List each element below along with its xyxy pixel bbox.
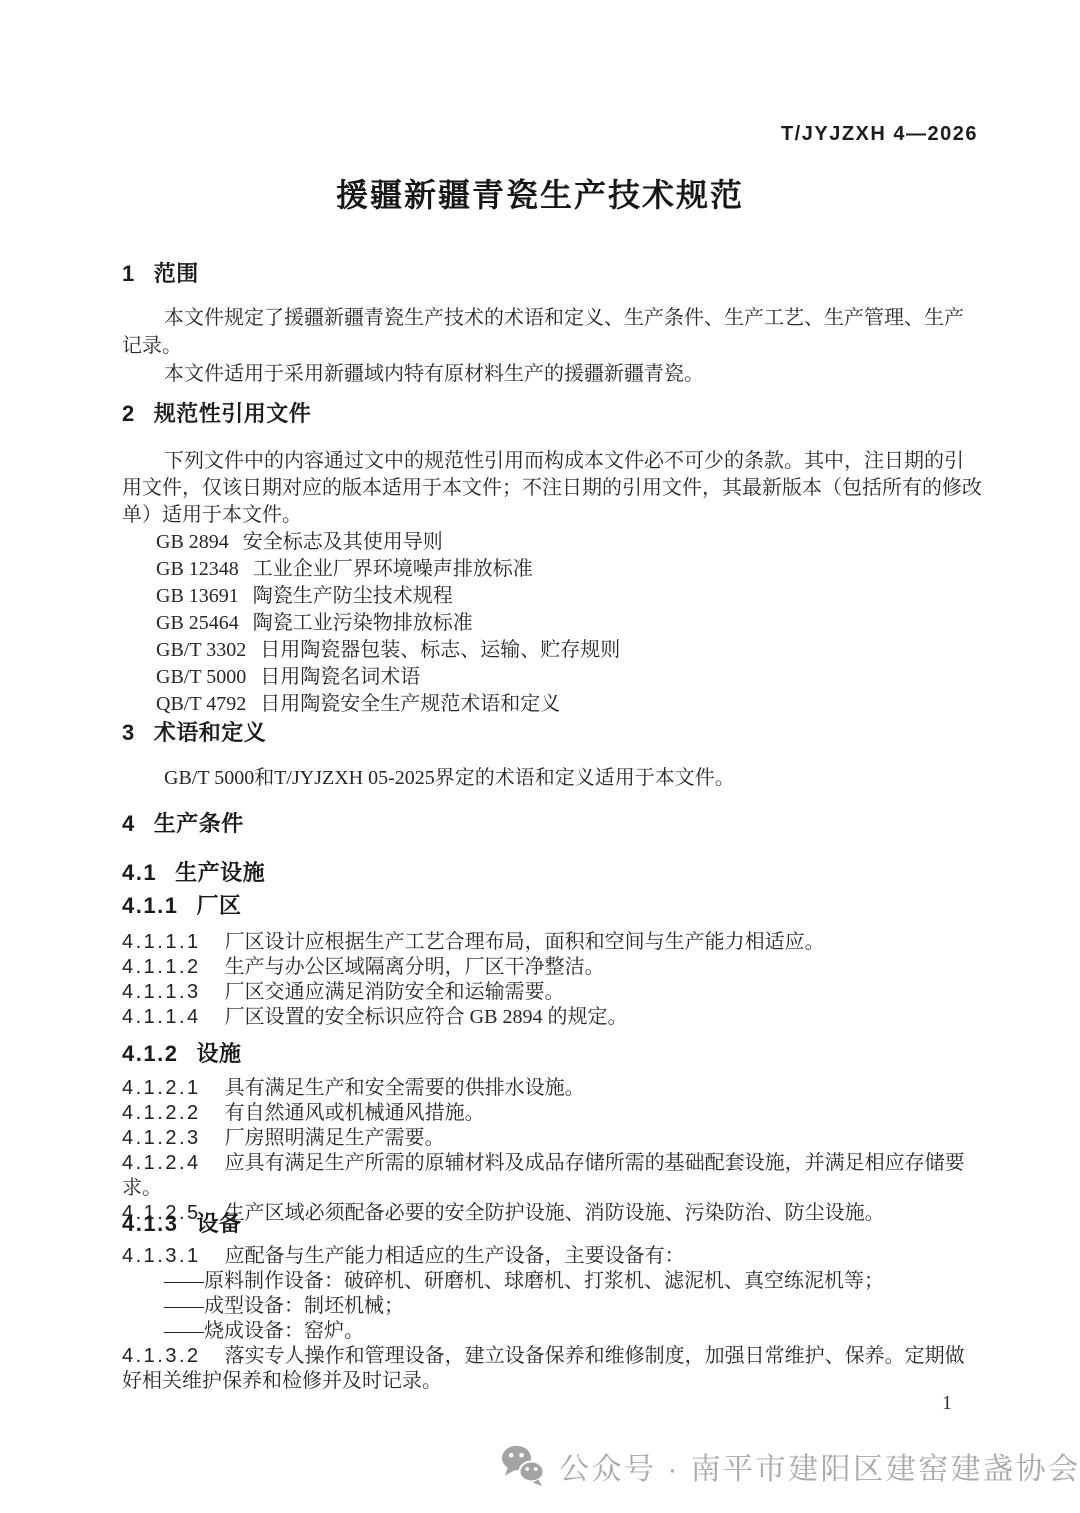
reference-item: GB 12348工业企业厂界环境噪声排放标准 [156, 556, 982, 583]
scope-paragraph: 本文件规定了援疆新疆青瓷生产技术的术语和定义、生产条件、生产工艺、生产管理、生产… [122, 304, 982, 360]
reference-code: GB 2894 [156, 531, 229, 553]
clause-text: 落实专人操作和管理设备，建立设备保养和维修制度，加强日常维护、保养。定期做好相关… [122, 1345, 965, 1392]
clause-list: 4.1.2.1具有满足生产和安全需要的供排水设施。 4.1.2.2有自然通风或机… [122, 1076, 982, 1226]
section-title: 范围 [154, 261, 199, 286]
section-number: 4 [122, 811, 136, 837]
equipment-list-item: ——烧成设备：窑炉。 [164, 1319, 982, 1344]
clause: 4.1.2.1具有满足生产和安全需要的供排水设施。 [122, 1076, 982, 1101]
section-refs-heading: 2规范性引用文件 [122, 401, 982, 427]
section-equipment-heading: 4.1.3设备 [122, 1211, 982, 1237]
reference-code: GB/T 5000 [156, 666, 246, 688]
section-equipment: 4.1.3设备 4.1.3.1应配备与生产能力相适应的生产设备，主要设备有： —… [122, 1211, 982, 1394]
document-page: T/JYJZXH 4—2026 援疆新疆青瓷生产技术规范 1范围 本文件规定了援… [0, 0, 1080, 1513]
section-title: 生产设施 [175, 860, 265, 885]
clause-text: 厂区设置的安全标识应符合 GB 2894 的规定。 [225, 1006, 628, 1028]
section-terms-heading: 3术语和定义 [122, 720, 982, 746]
section-normative-references: 2规范性引用文件 下列文件中的内容通过文中的规范性引用而构成本文件必不可少的条款… [122, 401, 982, 718]
clause: 4.1.2.3厂房照明满足生产需要。 [122, 1126, 982, 1151]
section-terms: 3术语和定义 GB/T 5000和T/JYJZXH 05-2025界定的术语和定… [122, 720, 982, 792]
section-production-conditions: 4生产条件 [122, 811, 982, 837]
clause-text: 厂区设计应根据生产工艺合理布局，面积和空间与生产能力相适应。 [225, 931, 825, 953]
section-infrastructure: 4.1.2设施 4.1.2.1具有满足生产和安全需要的供排水设施。 4.1.2.… [122, 1041, 982, 1226]
clause-text: 具有满足生产和安全需要的供排水设施。 [225, 1077, 585, 1099]
section-number: 4.1.1 [122, 893, 178, 919]
section-plant-heading: 4.1.1厂区 [122, 893, 982, 919]
reference-item: GB/T 3302日用陶瓷器包装、标志、运输、贮存规则 [156, 637, 982, 664]
section-facilities: 4.1生产设施 [122, 860, 982, 886]
watermark: 公众号 · 南平市建阳区建窑建盏协会 [500, 1444, 1080, 1488]
reference-code: GB 13691 [156, 585, 239, 607]
section-title: 设施 [196, 1041, 241, 1066]
clause-text: 厂区交通应满足消防安全和运输需要。 [225, 981, 565, 1003]
clause-number: 4.1.2.4 [122, 1152, 201, 1174]
equipment-list-item: ——原料制作设备：破碎机、研磨机、球磨机、打浆机、滤泥机、真空练泥机等； [164, 1269, 982, 1294]
clause-list: 4.1.1.1厂区设计应根据生产工艺合理布局，面积和空间与生产能力相适应。 4.… [122, 930, 982, 1030]
clause-text: 生产与办公区域隔离分明，厂区干净整洁。 [225, 956, 605, 978]
clause-number: 4.1.2.2 [122, 1102, 201, 1124]
doc-code: T/JYJZXH 4—2026 [781, 123, 978, 146]
clause: 4.1.3.1应配备与生产能力相适应的生产设备，主要设备有： [122, 1244, 982, 1269]
refs-intro-paragraph: 下列文件中的内容通过文中的规范性引用而构成本文件必不可少的条款。其中，注日期的引… [122, 448, 982, 529]
clause-number: 4.1.1.3 [122, 981, 201, 1003]
clause-number: 4.1.1.2 [122, 956, 201, 978]
section-facilities-heading: 4.1生产设施 [122, 860, 982, 886]
reference-list: GB 2894安全标志及其使用导则 GB 12348工业企业厂界环境噪声排放标准… [122, 529, 982, 718]
section-number: 3 [122, 720, 136, 746]
clause: 4.1.1.4厂区设置的安全标识应符合 GB 2894 的规定。 [122, 1005, 982, 1030]
section-scope-heading: 1范围 [122, 261, 982, 287]
reference-title: 日用陶瓷名词术语 [260, 666, 420, 688]
equipment-list-item: ——成型设备：制坯机械； [164, 1294, 982, 1319]
reference-title: 日用陶瓷安全生产规范术语和定义 [260, 693, 560, 715]
reference-title: 日用陶瓷器包装、标志、运输、贮存规则 [260, 639, 620, 661]
clause-text: 有自然通风或机械通风措施。 [225, 1102, 485, 1124]
section-title: 设备 [196, 1211, 241, 1236]
terms-paragraph: GB/T 5000和T/JYJZXH 05-2025界定的术语和定义适用于本文件… [122, 765, 982, 792]
clause-number: 4.1.2.3 [122, 1127, 201, 1149]
doc-title: 援疆新疆青瓷生产技术规范 [0, 170, 1080, 216]
clause-text: 厂房照明满足生产需要。 [225, 1127, 445, 1149]
clause: 4.1.3.2落实专人操作和管理设备，建立设备保养和维修制度，加强日常维护、保养… [122, 1344, 982, 1394]
reference-item: GB 2894安全标志及其使用导则 [156, 529, 982, 556]
reference-item: GB/T 5000日用陶瓷名词术语 [156, 664, 982, 691]
section-title: 规范性引用文件 [154, 401, 312, 426]
section-scope: 1范围 本文件规定了援疆新疆青瓷生产技术的术语和定义、生产条件、生产工艺、生产管… [122, 261, 982, 388]
clause: 4.1.1.1厂区设计应根据生产工艺合理布局，面积和空间与生产能力相适应。 [122, 930, 982, 955]
section-title: 术语和定义 [154, 720, 267, 745]
clause-text: 应配备与生产能力相适应的生产设备，主要设备有： [225, 1245, 685, 1267]
clause-text: 应具有满足生产所需的原辅材料及成品存储所需的基础配套设施，并满足相应存储要求。 [122, 1152, 965, 1199]
reference-title: 安全标志及其使用导则 [243, 531, 443, 553]
clause: 4.1.1.3厂区交通应满足消防安全和运输需要。 [122, 980, 982, 1005]
section-number: 4.1.2 [122, 1041, 178, 1067]
reference-item: QB/T 4792日用陶瓷安全生产规范术语和定义 [156, 691, 982, 718]
clause-number: 4.1.1.4 [122, 1006, 201, 1028]
reference-title: 陶瓷工业污染物排放标准 [253, 612, 473, 634]
clause: 4.1.2.2有自然通风或机械通风措施。 [122, 1101, 982, 1126]
reference-title: 工业企业厂界环境噪声排放标准 [253, 558, 533, 580]
section-number: 1 [122, 261, 136, 287]
clause-number: 4.1.3.2 [122, 1345, 201, 1367]
reference-item: GB 13691陶瓷生产防尘技术规程 [156, 583, 982, 610]
section-number: 4.1 [122, 860, 157, 886]
section-plant-area: 4.1.1厂区 4.1.1.1厂区设计应根据生产工艺合理布局，面积和空间与生产能… [122, 893, 982, 1030]
watermark-text: 公众号 · 南平市建阳区建窑建盏协会 [559, 1444, 1080, 1488]
reference-code: GB/T 3302 [156, 639, 246, 661]
reference-item: GB 25464陶瓷工业污染物排放标准 [156, 610, 982, 637]
clause-list: 4.1.3.1应配备与生产能力相适应的生产设备，主要设备有： ——原料制作设备：… [122, 1244, 982, 1394]
reference-code: GB 12348 [156, 558, 239, 580]
wechat-icon [500, 1445, 546, 1487]
clause: 4.1.1.2生产与办公区域隔离分明，厂区干净整洁。 [122, 955, 982, 980]
clause-number: 4.1.1.1 [122, 931, 201, 953]
scope-paragraph: 本文件适用于采用新疆域内特有原材料生产的援疆新疆青瓷。 [122, 360, 982, 388]
section-title: 厂区 [196, 893, 241, 918]
reference-code: GB 25464 [156, 612, 239, 634]
section-production-heading: 4生产条件 [122, 811, 982, 837]
reference-code: QB/T 4792 [156, 693, 246, 715]
section-number: 4.1.3 [122, 1211, 178, 1237]
page-number: 1 [942, 1392, 952, 1415]
section-number: 2 [122, 401, 136, 427]
clause-number: 4.1.2.1 [122, 1077, 201, 1099]
reference-title: 陶瓷生产防尘技术规程 [253, 585, 453, 607]
clause-number: 4.1.3.1 [122, 1245, 201, 1267]
section-infrastructure-heading: 4.1.2设施 [122, 1041, 982, 1067]
clause: 4.1.2.4应具有满足生产所需的原辅材料及成品存储所需的基础配套设施，并满足相… [122, 1151, 982, 1201]
section-title: 生产条件 [154, 811, 244, 836]
